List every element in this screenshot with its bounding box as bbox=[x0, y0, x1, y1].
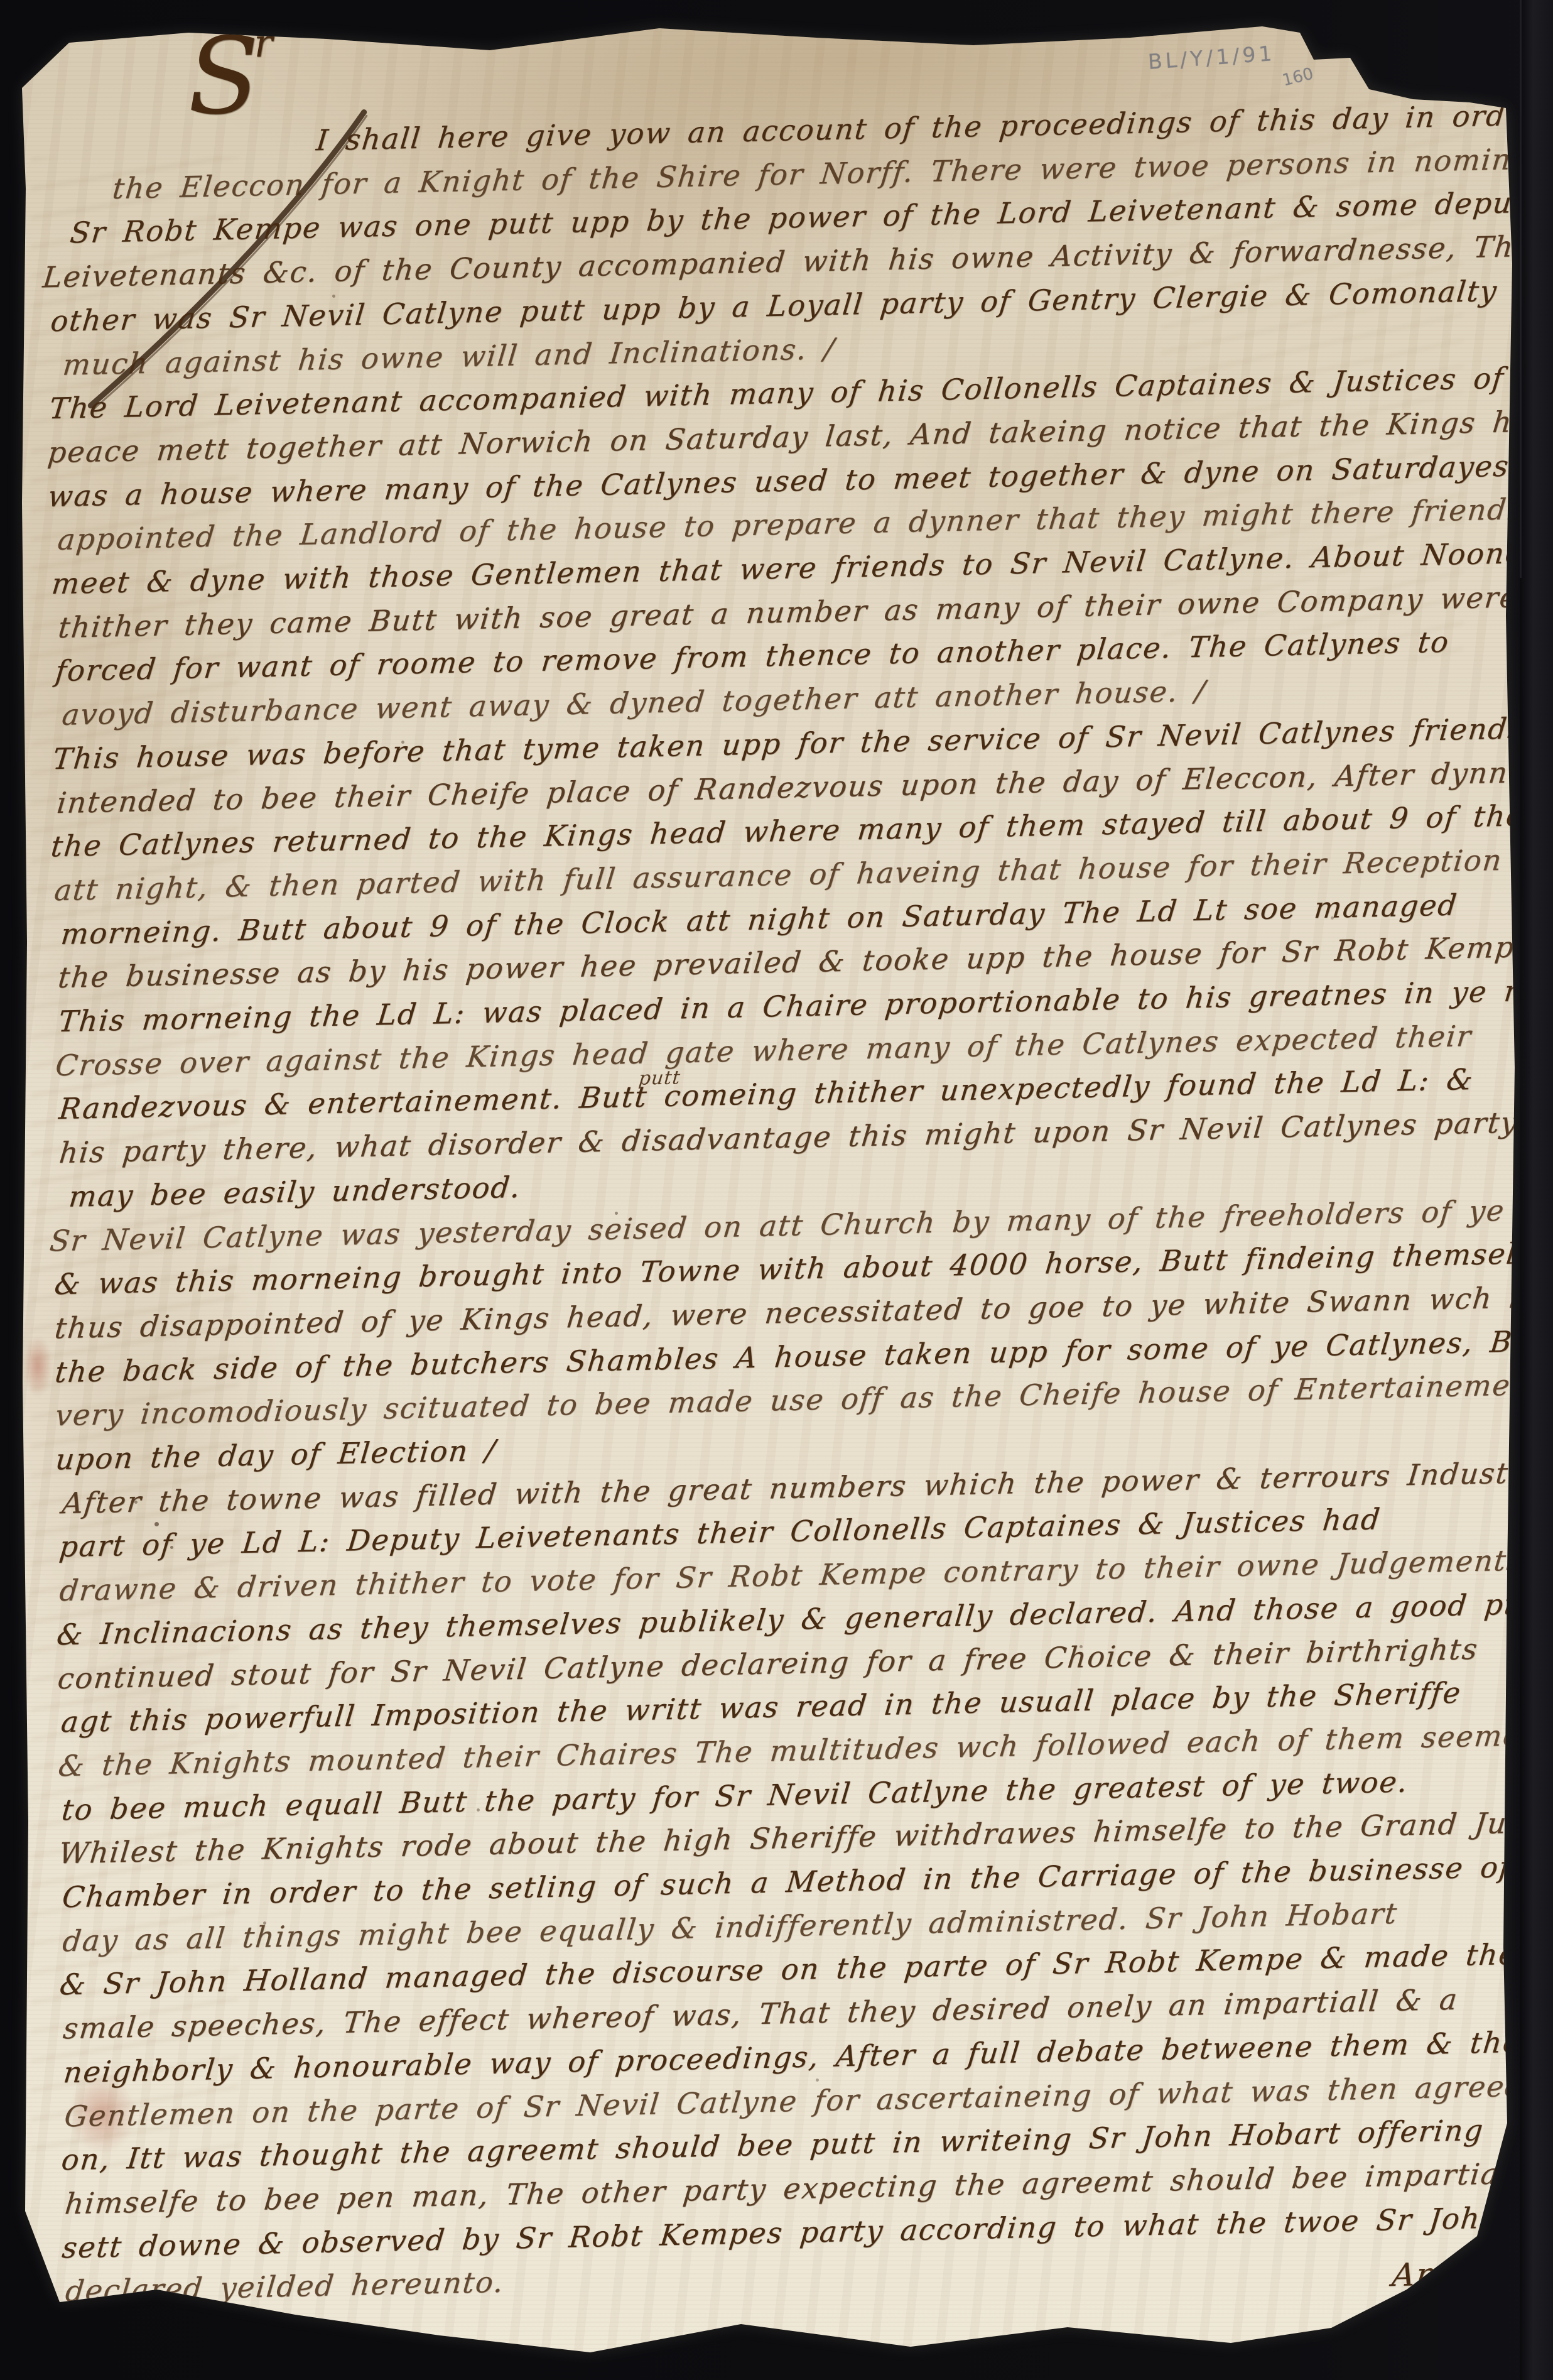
manuscript-line: declared yeilded hereunto. bbox=[64, 2265, 506, 2308]
manuscript-sheet-wrap: BL/Y/1/91 160 Sr I shall here give yow a… bbox=[0, 0, 1553, 2380]
photograph-backdrop: BL/Y/1/91 160 Sr I shall here give yow a… bbox=[0, 0, 1553, 2380]
ink-specks bbox=[0, 0, 2, 2]
manuscript-line: upon the day of Election / bbox=[54, 1433, 498, 1477]
manuscript-sheet: BL/Y/1/91 160 Sr I shall here give yow a… bbox=[0, 0, 1553, 2380]
manuscript-text-block: Sr I shall here give yow an account of t… bbox=[19, 0, 1553, 2379]
manuscript-line: may bee easily understood. bbox=[67, 1170, 522, 1214]
salutation-superscript: r bbox=[254, 20, 273, 67]
catchword: And bbox=[1390, 2256, 1461, 2293]
interlinear-insertion: putt bbox=[637, 1067, 681, 1089]
